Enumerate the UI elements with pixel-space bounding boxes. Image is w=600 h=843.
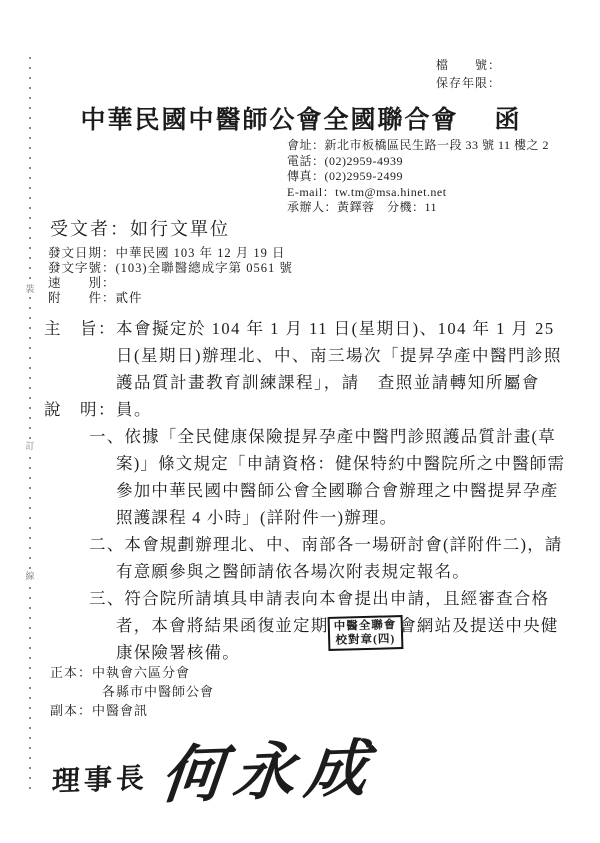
explanation-items: 一、依據「全民健康保險提昇孕產中醫門診照護品質計畫(草案)」條文規定「申請資格：…: [44, 423, 574, 666]
sender-email: E-mail：tw.tm@msa.hinet.net: [287, 185, 549, 201]
attachments: 附 件：貳件: [48, 291, 293, 306]
recipient-line: 受文者：如行文單位: [50, 215, 230, 241]
subject-section: 主 旨： 本會擬定於 104 年 1 月 11 日(星期日)、104 年 1 月…: [44, 315, 570, 423]
document-number: 發文字號：(103)全聯醫總成字第 0561 號: [48, 261, 293, 276]
binding-mark-zhuang: 裝: [22, 283, 38, 295]
signature-block: 理事長 何永成: [52, 722, 472, 811]
explanation-label: 說 明：: [44, 396, 116, 420]
copies-block: 正本：中執會六區分會 各縣市中醫師公會 副本：中醫會訊: [50, 663, 214, 720]
binding-mark-xian: 線: [22, 570, 38, 582]
explanation-item-3: 三、符合院所請填具申請表向本會提出申請，且經審查合格者，本會將結果函復並定期刊登…: [44, 585, 574, 666]
priority-level: 速 別：: [48, 276, 293, 291]
file-info-block: 檔 號： 保存年限：: [436, 56, 501, 92]
organization-name: 中華民國中醫師公會全國聯合會: [80, 100, 458, 136]
official-letter-page: 裝 訂 線 檔 號： 保存年限： 中華民國中醫師公會全國聯合會 函 會址：新北市…: [0, 0, 600, 843]
sender-address: 會址：新北市板橋區民生路一段 33 號 11 樓之 2: [287, 138, 549, 154]
chairman-title: 理事長: [51, 756, 148, 799]
retention-period-label: 保存年限：: [436, 74, 501, 92]
sender-fax: 傳真：(02)2959-2499: [287, 169, 549, 185]
document-type: 函: [495, 100, 520, 136]
proofreading-stamp: 中醫全聯會 校對章(四): [328, 615, 403, 651]
file-number-label: 檔 號：: [436, 56, 501, 74]
letter-title-row: 中華民國中醫師公會全國聯合會 函: [0, 100, 600, 136]
chairman-signature: 何永成: [157, 718, 382, 815]
binding-mark-ding: 訂: [22, 440, 38, 452]
original-copy-line-2: 各縣市中醫師公會: [50, 682, 214, 701]
stamp-line-2: 校對章(四): [334, 632, 397, 648]
explanation-item-1: 一、依據「全民健康保險提昇孕產中醫門診照護品質計畫(草案)」條文規定「申請資格：…: [44, 423, 574, 531]
cc-copy-line: 副本：中醫會訊: [50, 701, 214, 720]
original-copy-line: 正本：中執會六區分會: [50, 663, 214, 682]
sender-phone: 電話：(02)2959-4939: [287, 154, 549, 170]
explanation-item-2: 二、本會規劃辦理北、中、南部各一場研討會(詳附件二)，請有意願參與之醫師請依各場…: [44, 531, 574, 585]
issue-date: 發文日期：中華民國 103 年 12 月 19 日: [48, 246, 293, 261]
subject-label: 主 旨：: [44, 315, 116, 342]
sender-contact-person: 承辦人：黃鐸蓉 分機：11: [287, 200, 549, 216]
binding-dotted-line: [29, 57, 31, 797]
document-meta-block: 發文日期：中華民國 103 年 12 月 19 日 發文字號：(103)全聯醫總…: [48, 246, 293, 306]
sender-info-block: 會址：新北市板橋區民生路一段 33 號 11 樓之 2 電話：(02)2959-…: [287, 138, 549, 216]
subject-text: 本會擬定於 104 年 1 月 11 日(星期日)、104 年 1 月 25 日…: [116, 315, 570, 423]
